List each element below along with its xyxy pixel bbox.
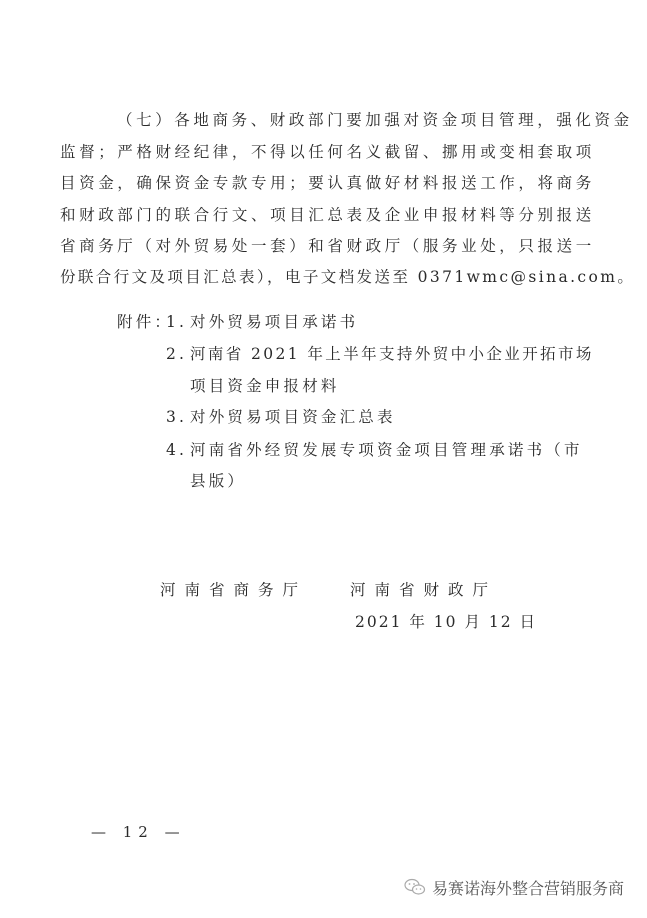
watermark: 易赛诺海外整合营销服务商 bbox=[404, 876, 624, 898]
attachment-item-3: 对外贸易项目资金汇总表 bbox=[190, 407, 396, 427]
signature-org-commerce: 河南省商务厅 bbox=[160, 580, 307, 600]
attachment-number: 4. bbox=[166, 440, 187, 460]
signature-date: 2021 年 10 月 12 日 bbox=[355, 612, 537, 632]
attachment-number: 2. bbox=[166, 344, 187, 364]
paragraph-line: 目资金，确保资金专款专用；要认真做好材料报送工作，将商务 bbox=[60, 173, 595, 193]
paragraph-line: 省商务厅（对外贸易处一套）和省财政厅（服务业处，只报送一 bbox=[60, 236, 595, 256]
attachment-item-4: 河南省外经贸发展专项资金项目管理承诺书（市 bbox=[190, 440, 583, 460]
wechat-icon bbox=[404, 878, 426, 896]
attachment-number: 1. bbox=[166, 312, 187, 332]
paragraph-line: 和财政部门的联合行文、项目汇总表及企业申报材料等分别报送 bbox=[60, 205, 595, 225]
paragraph-line-email: 份联合行文及项目汇总表），电子文档发送至 0371wmc@sina.com。 bbox=[60, 267, 635, 287]
page-number: — 12 — bbox=[91, 823, 186, 841]
paragraph-line: 监督；严格财经纪律，不得以任何名义截留、挪用或变相套取项 bbox=[60, 142, 595, 162]
watermark-text: 易赛诺海外整合营销服务商 bbox=[432, 876, 624, 899]
attachment-item-2: 河南省 2021 年上半年支持外贸中小企业开拓市场 bbox=[190, 344, 594, 364]
attachment-item-2-cont: 项目资金申报材料 bbox=[190, 376, 340, 396]
attachments-label: 附件： bbox=[117, 312, 173, 332]
attachment-item-1: 对外贸易项目承诺书 bbox=[190, 312, 358, 332]
document-page: （七）各地商务、财政部门要加强对资金项目管理，强化资金 监督；严格财经纪律，不得… bbox=[0, 0, 647, 918]
attachment-item-4-cont: 县版） bbox=[190, 471, 246, 491]
paragraph-line: （七）各地商务、财政部门要加强对资金项目管理，强化资金 bbox=[117, 110, 633, 130]
signature-org-finance: 河南省财政厅 bbox=[350, 580, 497, 600]
attachment-number: 3. bbox=[166, 407, 187, 427]
